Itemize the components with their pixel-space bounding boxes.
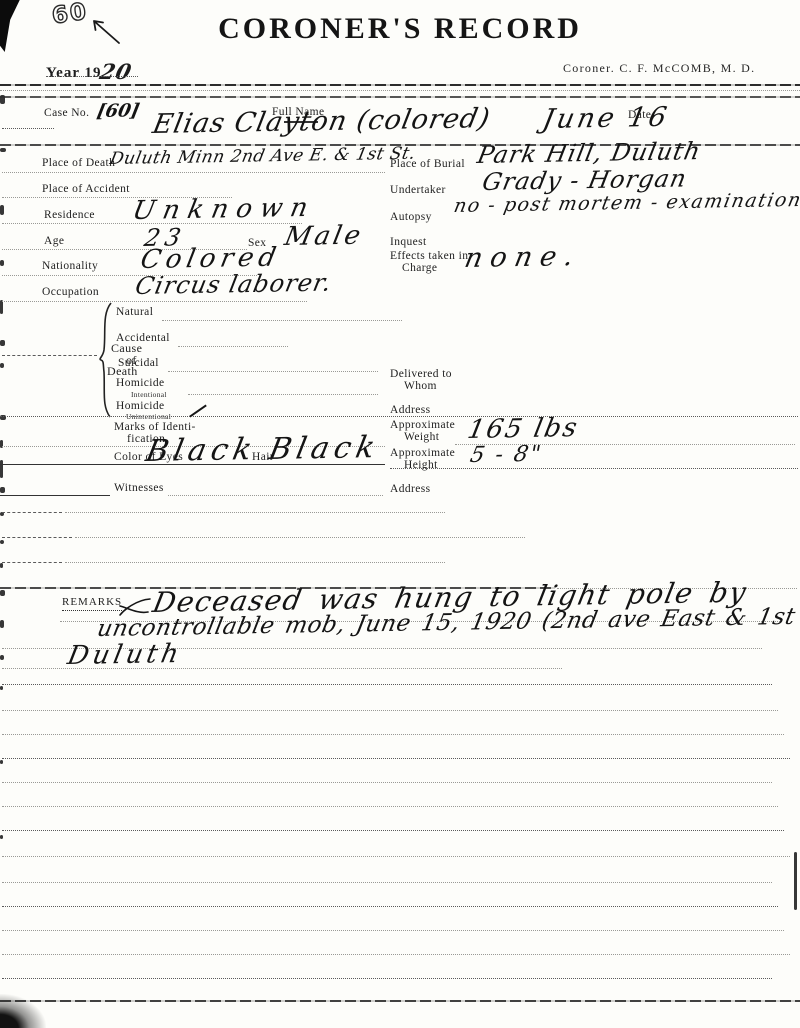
ruled-line xyxy=(2,882,772,883)
ruled-line xyxy=(2,856,790,857)
scan-edge-mark xyxy=(0,340,5,346)
scan-edge-mark xyxy=(0,835,3,839)
ruled-line xyxy=(2,906,778,907)
scan-edge-mark xyxy=(0,590,5,596)
scan-edge-mark xyxy=(0,260,4,266)
scan-edge-mark xyxy=(0,300,3,314)
year-label: Year 19 xyxy=(46,65,101,81)
inquest-label: Inquest xyxy=(390,236,427,248)
ruled-line xyxy=(2,830,784,831)
nationality-label: Nationality xyxy=(42,260,98,272)
age-label: Age xyxy=(44,235,64,247)
undertaker-label: Undertaker xyxy=(390,184,446,196)
cause-option-natural: Natural xyxy=(116,306,153,318)
address-label: Address xyxy=(390,404,431,416)
place-of-burial-label: Place of Burial xyxy=(390,158,465,170)
place-of-accident-label: Place of Accident xyxy=(42,183,130,195)
ruled-line xyxy=(2,806,778,807)
scan-edge-mark xyxy=(0,620,4,628)
year-handwritten: 20 xyxy=(98,59,135,84)
ruled-line xyxy=(390,468,798,469)
scan-edge-mark xyxy=(0,686,3,690)
ruled-line xyxy=(2,172,385,173)
form-title: CORONER'S RECORD xyxy=(0,12,800,46)
height-label-line1: Approximate xyxy=(390,447,455,459)
autopsy-value: no - post mortem - examination xyxy=(452,189,800,217)
coroner-record-page: 60 CORONER'S RECORD Year 1920 Coroner. C… xyxy=(0,0,800,1028)
ruled-line xyxy=(162,320,402,321)
ruled-line xyxy=(0,90,800,91)
divider xyxy=(0,1000,800,1002)
scan-edge-mark xyxy=(0,760,3,764)
brace-icon xyxy=(96,302,114,418)
ruled-line xyxy=(46,76,138,77)
witnesses-label: Witnesses xyxy=(114,482,164,494)
ruled-line xyxy=(168,495,383,496)
ruled-line xyxy=(2,537,72,538)
scan-edge-mark xyxy=(0,540,4,544)
ruled-line xyxy=(0,464,385,465)
cause-option-suicidal: Suicidal xyxy=(118,357,159,369)
scan-edge-mark xyxy=(0,655,4,660)
effects-label-line2: Charge xyxy=(402,262,437,274)
ruled-line xyxy=(2,710,778,711)
residence-label: Residence xyxy=(44,209,95,221)
place-of-death-value: Duluth Minn 2nd Ave E. & 1st St. xyxy=(108,144,417,169)
ruled-line xyxy=(2,954,790,955)
scan-edge-mark xyxy=(0,148,6,152)
weight-value: 165 lbs xyxy=(465,413,581,445)
marks-label-line1: Marks of Identi- xyxy=(114,421,196,433)
remarks-label: REMARKS xyxy=(62,596,122,611)
divider xyxy=(0,96,800,98)
height-label-line2: Height xyxy=(404,459,438,471)
cause-option-homicide-unintentional: Homicide xyxy=(116,400,165,412)
ruled-line xyxy=(0,495,110,496)
coroner-name: Coroner. C. F. McCOMB, M. D. xyxy=(563,61,755,76)
case-no-label: Case No. xyxy=(44,107,89,119)
hair-value: Black xyxy=(266,430,383,467)
witnesses-address-label: Address xyxy=(390,483,431,495)
sex-value: Male xyxy=(282,221,366,252)
ruled-line xyxy=(0,416,798,417)
delivered-to-label-line2: Whom xyxy=(404,380,437,392)
ruled-line xyxy=(178,346,288,347)
remarks-line3: Duluth xyxy=(65,639,185,671)
scan-edge-mark xyxy=(0,205,4,215)
cause-option-homicide-intentional: Homicide xyxy=(116,377,165,389)
date-value: June 16 xyxy=(540,102,672,135)
ruled-line xyxy=(65,562,445,563)
case-no-value: [60] xyxy=(95,100,141,122)
autopsy-label: Autopsy xyxy=(390,211,432,223)
ruled-line xyxy=(2,562,62,563)
ruled-line xyxy=(2,930,784,931)
scan-edge-mark xyxy=(0,460,3,478)
ruled-line xyxy=(65,512,445,513)
weight-label-line2: Weight xyxy=(404,431,439,443)
ruled-line xyxy=(188,394,378,395)
scan-edge-mark xyxy=(0,487,5,493)
occupation-value: Circus laborer. xyxy=(133,269,334,300)
ruled-line xyxy=(168,371,378,372)
ruled-line xyxy=(2,758,790,759)
occupation-label: Occupation xyxy=(42,286,99,298)
scan-edge-mark xyxy=(0,363,4,368)
ruled-line xyxy=(2,355,97,356)
scan-edge-mark xyxy=(0,563,3,568)
ruled-line xyxy=(2,301,307,302)
divider xyxy=(0,84,800,86)
height-value: 5 - 8" xyxy=(468,442,545,468)
ruled-line xyxy=(2,978,772,979)
delivered-to-label-line1: Delivered to xyxy=(390,368,452,380)
ruled-line xyxy=(2,782,772,783)
ruled-line xyxy=(2,684,772,685)
ruled-line xyxy=(2,734,784,735)
ruled-line xyxy=(2,128,54,129)
effects-label-line1: Effects taken in xyxy=(390,250,468,262)
ruled-line xyxy=(2,668,562,669)
scan-edge-mark xyxy=(794,852,797,910)
ruled-line xyxy=(2,512,62,513)
effects-value: none. xyxy=(462,241,584,274)
ruled-line xyxy=(75,537,525,538)
place-of-death-label: Place of Death xyxy=(42,157,115,169)
year-row: Year 1920 xyxy=(46,57,133,82)
weight-label-line1: Approximate xyxy=(390,419,455,431)
full-name-value: Elias Clayton (colored) xyxy=(150,103,493,140)
cause-option-homicide-intentional-sub: Intentional xyxy=(131,390,167,399)
